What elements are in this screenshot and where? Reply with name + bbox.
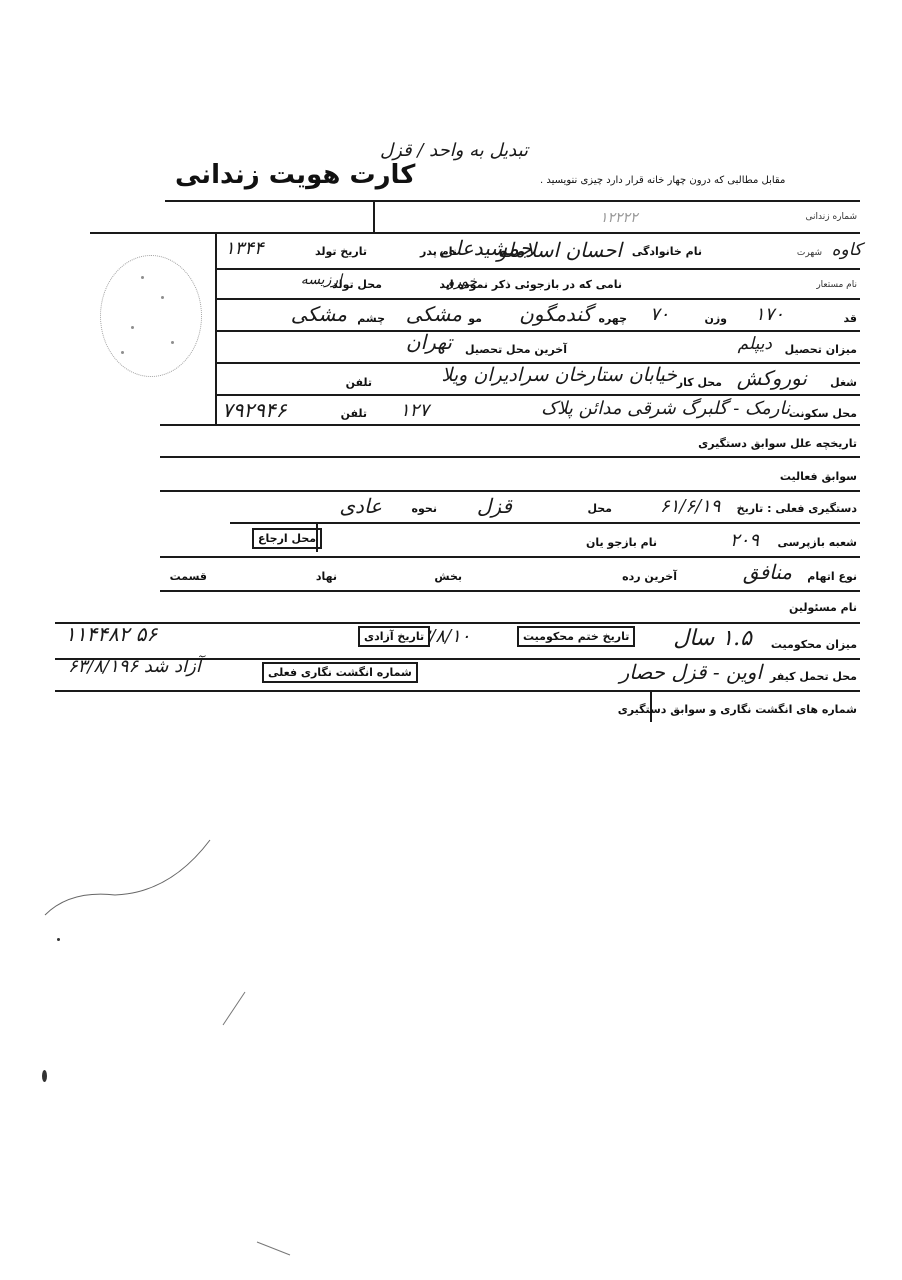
- hair-label: مو: [468, 312, 482, 325]
- scan-scratch: [220, 990, 250, 1030]
- interrogation-branch-label: شعبه بازپرسی: [777, 536, 857, 549]
- activity-history-label: سوابق فعالیت: [780, 470, 857, 483]
- birth-date-value: ۱۳۴۴: [225, 238, 264, 259]
- current-fingerprint-label: شماره انگشت نگاری فعلی: [262, 662, 418, 683]
- education-value: دیپلم: [738, 334, 772, 354]
- rule-top-2: [90, 232, 860, 234]
- rule-row-2: [215, 298, 860, 300]
- scan-speck: [42, 1070, 47, 1082]
- rule-row-3: [215, 330, 860, 332]
- fingerprint-note-value: آزاد شد ۶۳/۸/۱۹۶: [68, 656, 201, 677]
- referral-box-right: [316, 522, 318, 552]
- division-label: قسمت: [170, 570, 207, 583]
- eyes-label: چشم: [357, 312, 385, 325]
- arrest-method-value: عادی: [339, 494, 382, 518]
- birth-place-value: ارزیسه: [301, 272, 342, 288]
- rule-row-9: [230, 522, 860, 524]
- rule-row-8: [160, 490, 860, 492]
- height-value: ۱۷۰: [755, 304, 784, 325]
- birth-date-label: تاریخ تولد: [315, 245, 367, 258]
- serving-place-label: محل تحمل کیفر: [770, 670, 857, 683]
- last-school-label: آخرین محل تحصیل: [465, 343, 567, 356]
- residence-value: نارمک - گلبرگ شرقی مدائن پلاک: [541, 398, 790, 419]
- rule-row-1: [215, 268, 860, 270]
- sentence-label: میزان محکومیت: [771, 638, 857, 651]
- alias-label: شهرت: [797, 248, 822, 258]
- arrest-history-label: تاریخچه علل سوابق دستگیری: [698, 437, 857, 450]
- serving-place-value: اوین - قزل حصار: [620, 660, 762, 684]
- hair-value: مشکی: [406, 302, 462, 326]
- residence-label: محل سکونت: [789, 407, 857, 420]
- divider-top-strip: [373, 200, 375, 232]
- height-label: قد: [843, 312, 857, 325]
- rule-row-11: [160, 590, 860, 592]
- charge-type-label: نوع اتهام: [807, 570, 857, 583]
- release-note-value: ۱۱۴۴۸۲ ۵۶: [65, 622, 157, 646]
- release-date-label: تاریخ آزادی: [358, 626, 430, 647]
- name-value: کاوه: [832, 240, 862, 260]
- prisoner-number-label: شماره زندانی: [806, 212, 858, 222]
- work-phone-label: تلفن: [346, 376, 372, 389]
- rule-row-6: [160, 424, 860, 426]
- rule-row-5: [215, 394, 860, 396]
- complexion-value: گندمگون: [519, 302, 592, 326]
- header-instruction: مقابل مطالبی که درون چهار خانه قرار دارد…: [540, 175, 785, 186]
- document-title: کارت هویت زندانی: [175, 160, 415, 190]
- interrogator-name-label: نام بازجو یان: [586, 536, 657, 549]
- scan-speck: [57, 938, 60, 941]
- fingerprint-history-label: شماره های انگشت نگاری و سوابق دستگیری: [618, 703, 857, 716]
- home-phone-value: ۷۹۲۹۴۶: [222, 398, 286, 422]
- rule-row-10: [160, 556, 860, 558]
- family-name-label: نام خانوادگی: [632, 245, 702, 258]
- current-arrest-place-value: قزل: [477, 494, 512, 518]
- previous-names-value: خورو: [448, 274, 477, 290]
- nickname-label: نام مستعار: [816, 280, 857, 290]
- occupation-label: شغل: [830, 376, 857, 389]
- stamp-mark: [100, 255, 202, 377]
- current-arrest-date-value: ۶۱/۶/۱۹: [660, 496, 720, 517]
- organ-label: نهاد: [316, 570, 337, 583]
- sentence-value: ۱.۵ سال: [673, 626, 752, 651]
- current-arrest-date-label: دستگیری فعلی : تاریخ: [737, 502, 857, 515]
- referral-place-label: محل ارجاع: [252, 528, 322, 549]
- rule-row-14: [55, 690, 860, 692]
- complexion-label: چهره: [598, 312, 627, 325]
- rule-row-12: [55, 622, 860, 624]
- weight-label: وزن: [704, 312, 727, 325]
- father-name-value: جمشیدعلی: [438, 236, 532, 260]
- scan-scratch: [255, 1240, 295, 1260]
- sentence-end-label: تاریخ ختم محکومیت: [517, 626, 635, 647]
- officials-name-label: نام مسئولین: [789, 601, 857, 614]
- arrest-method-label: نحوه: [412, 502, 437, 515]
- last-ward-label: آخرین رده: [622, 570, 677, 583]
- last-school-value: تهران: [406, 330, 452, 354]
- handwritten-header-note: تبدیل به واحد / قزل: [380, 140, 528, 161]
- section-label: بخش: [434, 570, 462, 583]
- rule-row-7: [160, 456, 860, 458]
- residence-plate-value: ۱۲۷: [400, 400, 429, 421]
- workplace-label: محل کار: [677, 376, 722, 389]
- weight-value: ۷۰: [650, 304, 669, 325]
- prisoner-number-faint: ۱۲۲۲۲: [600, 210, 638, 226]
- scan-scratch: [40, 835, 220, 935]
- interrogation-branch-value: ۲۰۹: [730, 530, 759, 551]
- charge-type-value: منافق: [743, 560, 792, 584]
- workplace-value: خیابان ستارخان سرادیران ویلا: [442, 364, 677, 386]
- occupation-value: نوروکش: [737, 366, 807, 390]
- current-arrest-place-label: محل: [587, 502, 612, 515]
- home-phone-label: تلفن: [341, 407, 367, 420]
- education-label: میزان تحصیل: [785, 343, 857, 356]
- rule-top: [165, 200, 860, 202]
- eyes-value: مشکی: [291, 302, 347, 326]
